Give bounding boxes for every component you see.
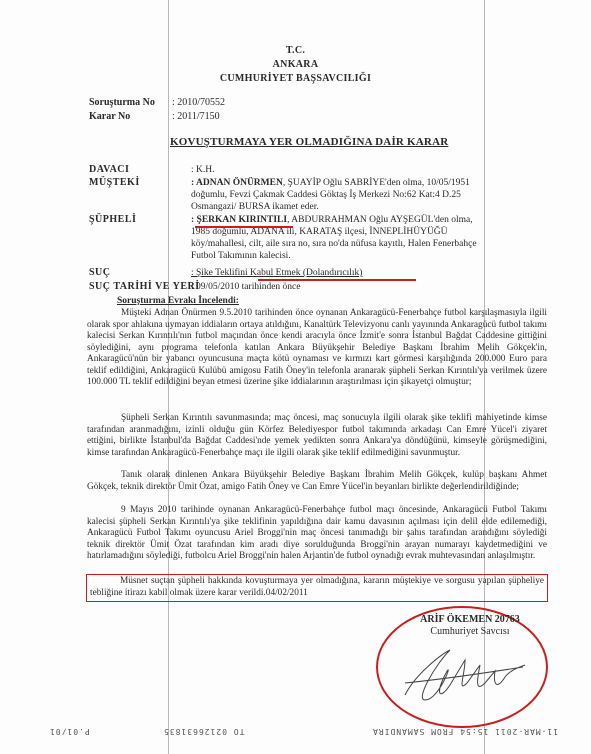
paragraph-3: Tanık olarak dinlenen Ankara Büyükşehir … xyxy=(87,470,547,493)
decision-box: Müsnet suçtan şüpheli hakkında kovuşturm… xyxy=(86,574,548,602)
fax-header-left: P.01/01 xyxy=(49,727,90,736)
crime-value: : Şike Teklifini Kabul Etmek (Dolandırıc… xyxy=(191,267,491,279)
plaintiff-label: DAVACI xyxy=(89,164,129,175)
red-underline-suspect xyxy=(195,226,293,228)
section-heading: Soruşturma Evrakı İncelendi: xyxy=(117,296,239,306)
crime-date-value: : 09/05/2010 tarihinden önce xyxy=(191,281,491,293)
document-page: T.C. ANKARA CUMHURİYET BAŞSAVCILIĞI Soru… xyxy=(0,0,591,754)
investigation-no-label: Soruşturma No xyxy=(89,96,172,109)
header-tc: T.C. xyxy=(0,44,591,58)
header-city: ANKARA xyxy=(0,58,591,72)
decision-no-value: : 2011/7150 xyxy=(172,111,220,122)
fax-header-right: 11-MAR-2011 15:54 FROM SAMANDIRA xyxy=(372,727,558,736)
header-office: CUMHURİYET BAŞSAVCILIĞI xyxy=(0,72,591,86)
complainant-name: : ADNAN ÖNÜRMEN xyxy=(191,178,283,188)
suspect-value: : ŞERKAN KIRINTILI, ABDURRAHMAN Oğlu AYŞ… xyxy=(191,214,491,262)
crime-date-label: SUÇ TARİHİ VE YERİ xyxy=(89,281,200,292)
paragraph-1: Müşteki Adnan Önürmen 9.5.2010 tarihinde… xyxy=(87,308,547,389)
complainant-label: MÜŞTEKİ xyxy=(89,177,140,188)
prosecutor-name: ARİF ÖKEMEN 20763 xyxy=(400,614,540,626)
decision-text: Müsnet suçtan şüpheli hakkında kovuşturm… xyxy=(90,576,544,599)
plaintiff-value: : K.H. xyxy=(191,164,491,176)
decision-no: Karar No: 2011/7150 xyxy=(89,110,220,123)
crime-label: SUÇ xyxy=(89,267,111,278)
prosecutor-title: Cumhuriyet Savcısı xyxy=(400,626,540,638)
handwritten-signature xyxy=(395,645,535,705)
investigation-no: Soruşturma No: 2010/70552 xyxy=(89,96,225,109)
signature-block: ARİF ÖKEMEN 20763 Cumhuriyet Savcısı xyxy=(400,614,540,638)
investigation-no-value: : 2010/70552 xyxy=(172,97,225,108)
document-title: KOVUŞTURMAYA YER OLMADIĞINA DAİR KARAR xyxy=(170,136,448,148)
paragraph-4: 9 Mayıs 2010 tarihinde oynanan Ankaragüc… xyxy=(87,505,547,563)
suspect-label: ŞÜPHELİ xyxy=(89,214,136,225)
decision-no-label: Karar No xyxy=(89,110,172,123)
fax-header-middle: TO 02126631835 xyxy=(163,727,244,736)
suspect-name: : ŞERKAN KIRINTILI xyxy=(191,215,287,225)
paragraph-2: Şüpheli Serkan Kırıntılı savunmasında; m… xyxy=(87,413,547,459)
complainant-value: : ADNAN ÖNÜRMEN, ŞUAYİP Oğlu SABRİYE'den… xyxy=(191,177,491,213)
